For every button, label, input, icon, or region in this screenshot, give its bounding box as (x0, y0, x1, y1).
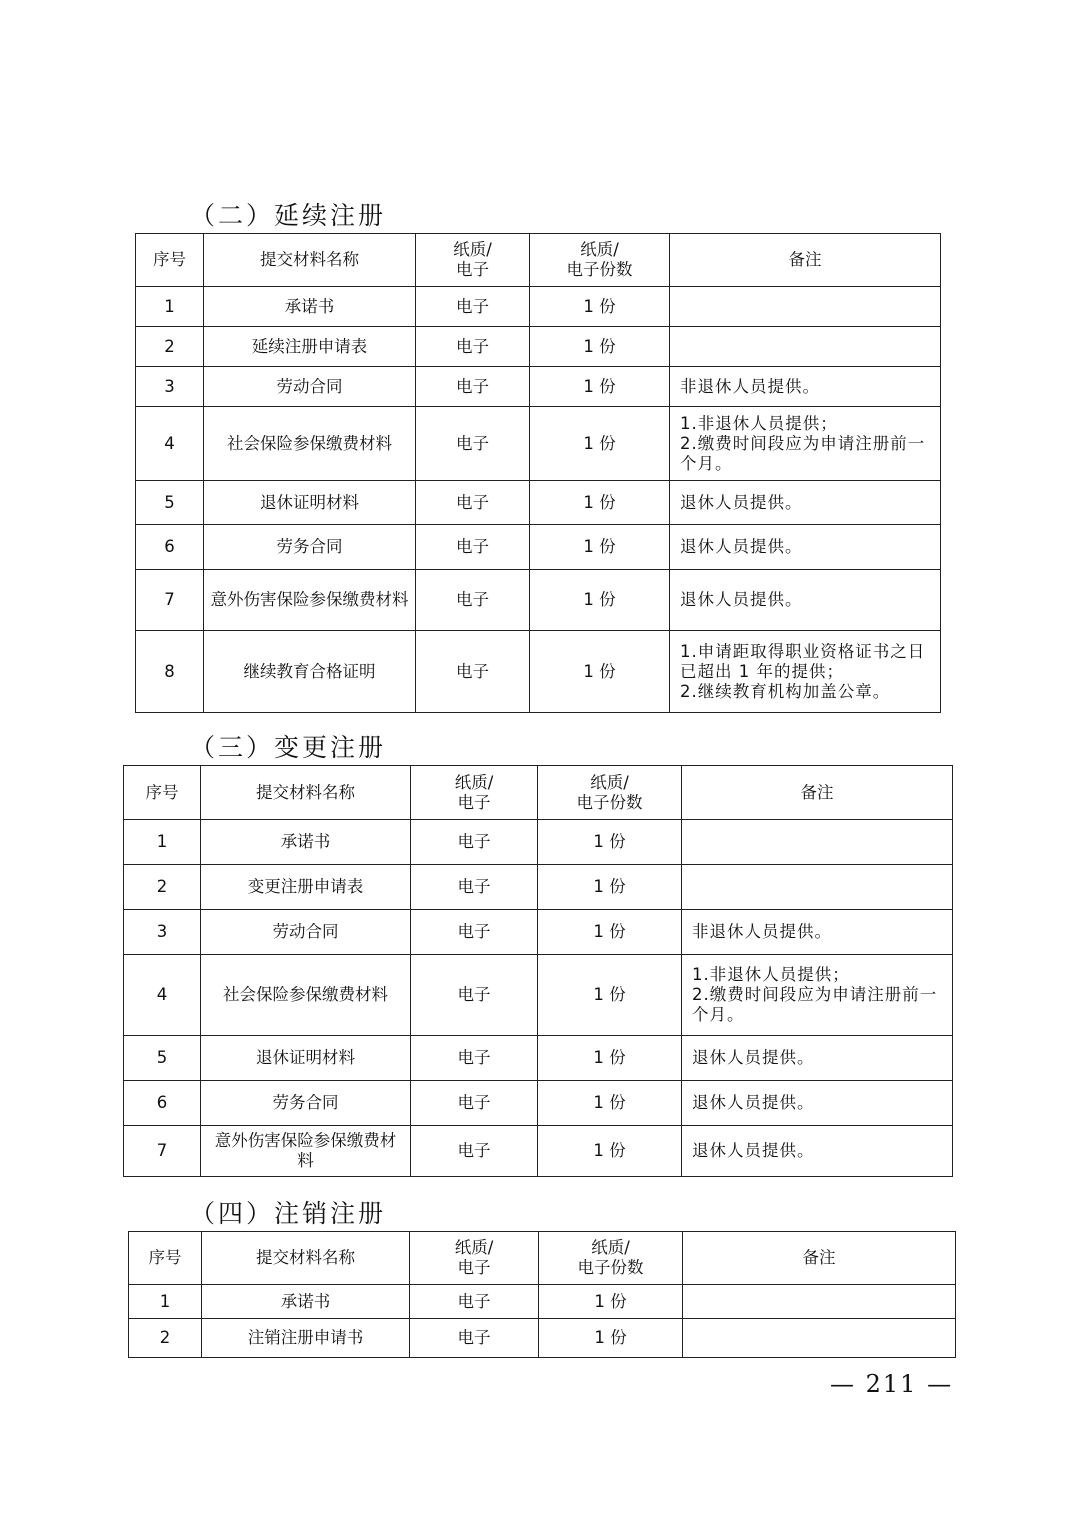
row-note (682, 865, 953, 910)
row-note: 1.非退休人员提供； 2.缴费时间段应为申请注册前一个月。 (682, 955, 953, 1036)
row-note: 非退休人员提供。 (682, 910, 953, 955)
row-count: 1 份 (530, 287, 670, 327)
section-title-change: （三）变更注册 (190, 728, 386, 764)
row-count: 1 份 (530, 327, 670, 367)
row-name: 社会保险参保缴费材料 (201, 955, 411, 1036)
row-type: 电子 (416, 287, 530, 327)
row-count: 1 份 (538, 1081, 682, 1126)
row-count: 1 份 (539, 1319, 683, 1358)
row-note: 退休人员提供。 (682, 1126, 953, 1177)
row-note: 1.非退休人员提供； 2.缴费时间段应为申请注册前一个月。 (670, 407, 941, 481)
header-no: 序号 (129, 1232, 202, 1285)
row-name: 承诺书 (202, 1285, 410, 1319)
section-title-renewal: （二）延续注册 (190, 196, 386, 232)
row-count: 1 份 (538, 955, 682, 1036)
row-name: 承诺书 (204, 287, 416, 327)
change-materials-table: 序号 提交材料名称 纸质/ 电子 纸质/ 电子份数 备注 1 承诺书 电子 1 … (123, 765, 953, 1177)
row-name: 退休证明材料 (204, 481, 416, 525)
row-note: 退休人员提供。 (670, 525, 941, 570)
row-note (682, 820, 953, 865)
header-type: 纸质/ 电子 (411, 766, 538, 820)
row-name: 劳务合同 (204, 525, 416, 570)
row-count: 1 份 (538, 1126, 682, 1177)
row-count: 1 份 (538, 910, 682, 955)
row-type: 电子 (411, 865, 538, 910)
row-no: 6 (124, 1081, 201, 1126)
row-no: 7 (136, 570, 204, 631)
header-name: 提交材料名称 (204, 234, 416, 287)
row-count: 1 份 (539, 1285, 683, 1319)
row-count: 1 份 (538, 1036, 682, 1081)
header-count: 纸质/ 电子份数 (530, 234, 670, 287)
row-no: 4 (136, 407, 204, 481)
row-no: 7 (124, 1126, 201, 1177)
row-note (670, 287, 941, 327)
row-type: 电子 (416, 481, 530, 525)
renewal-materials-table: 序号 提交材料名称 纸质/ 电子 纸质/ 电子份数 备注 1 承诺书 电子 1 … (135, 233, 941, 713)
row-type: 电子 (411, 1081, 538, 1126)
table-row: 1 承诺书 电子 1 份 (136, 287, 941, 327)
row-name: 劳务合同 (201, 1081, 411, 1126)
row-count: 1 份 (538, 865, 682, 910)
header-count: 纸质/ 电子份数 (538, 766, 682, 820)
row-name: 劳动合同 (204, 367, 416, 407)
row-count: 1 份 (530, 367, 670, 407)
row-count: 1 份 (530, 407, 670, 481)
table-row: 2 注销注册申请书 电子 1 份 (129, 1319, 956, 1358)
row-type: 电子 (416, 570, 530, 631)
header-count: 纸质/ 电子份数 (539, 1232, 683, 1285)
row-type: 电子 (411, 1036, 538, 1081)
row-no: 1 (136, 287, 204, 327)
table-header-row: 序号 提交材料名称 纸质/ 电子 纸质/ 电子份数 备注 (129, 1232, 956, 1285)
page-number: — 211 — (830, 1370, 953, 1398)
row-type: 电子 (411, 1126, 538, 1177)
table-row: 6 劳务合同 电子 1 份 退休人员提供。 (136, 525, 941, 570)
header-no: 序号 (124, 766, 201, 820)
table-row: 7 意外伤害保险参保缴费材料 电子 1 份 退休人员提供。 (124, 1126, 953, 1177)
row-type: 电子 (411, 820, 538, 865)
table-row: 7 意外伤害保险参保缴费材料 电子 1 份 退休人员提供。 (136, 570, 941, 631)
row-no: 8 (136, 631, 204, 713)
row-no: 1 (124, 820, 201, 865)
row-type: 电子 (416, 367, 530, 407)
header-note: 备注 (683, 1232, 956, 1285)
row-no: 6 (136, 525, 204, 570)
row-type: 电子 (410, 1285, 539, 1319)
row-no: 2 (129, 1319, 202, 1358)
table-row: 1 承诺书 电子 1 份 (129, 1285, 956, 1319)
row-note: 退休人员提供。 (670, 481, 941, 525)
row-note (670, 327, 941, 367)
table-row: 2 变更注册申请表 电子 1 份 (124, 865, 953, 910)
table-row: 4 社会保险参保缴费材料 电子 1 份 1.非退休人员提供； 2.缴费时间段应为… (124, 955, 953, 1036)
row-note: 1.申请距取得职业资格证书之日已超出 1 年的提供； 2.继续教育机构加盖公章。 (670, 631, 941, 713)
row-type: 电子 (416, 525, 530, 570)
header-note: 备注 (670, 234, 941, 287)
row-type: 电子 (416, 327, 530, 367)
header-note: 备注 (682, 766, 953, 820)
table-row: 1 承诺书 电子 1 份 (124, 820, 953, 865)
table-row: 5 退休证明材料 电子 1 份 退休人员提供。 (124, 1036, 953, 1081)
section-title-cancellation: （四）注销注册 (190, 1194, 386, 1230)
row-name: 延续注册申请表 (204, 327, 416, 367)
row-no: 2 (124, 865, 201, 910)
row-note: 非退休人员提供。 (670, 367, 941, 407)
table-row: 8 继续教育合格证明 电子 1 份 1.申请距取得职业资格证书之日已超出 1 年… (136, 631, 941, 713)
row-note (683, 1285, 956, 1319)
row-count: 1 份 (530, 631, 670, 713)
row-name: 变更注册申请表 (201, 865, 411, 910)
row-no: 3 (136, 367, 204, 407)
row-name: 劳动合同 (201, 910, 411, 955)
row-count: 1 份 (530, 570, 670, 631)
row-no: 5 (124, 1036, 201, 1081)
table-header-row: 序号 提交材料名称 纸质/ 电子 纸质/ 电子份数 备注 (124, 766, 953, 820)
row-note: 退休人员提供。 (670, 570, 941, 631)
row-type: 电子 (411, 955, 538, 1036)
row-no: 3 (124, 910, 201, 955)
row-no: 4 (124, 955, 201, 1036)
row-note (683, 1319, 956, 1358)
row-no: 1 (129, 1285, 202, 1319)
row-name: 意外伤害保险参保缴费材料 (201, 1126, 411, 1177)
header-no: 序号 (136, 234, 204, 287)
cancellation-materials-table: 序号 提交材料名称 纸质/ 电子 纸质/ 电子份数 备注 1 承诺书 电子 1 … (128, 1231, 956, 1358)
row-type: 电子 (416, 407, 530, 481)
row-count: 1 份 (538, 820, 682, 865)
table-row: 6 劳务合同 电子 1 份 退休人员提供。 (124, 1081, 953, 1126)
row-name: 社会保险参保缴费材料 (204, 407, 416, 481)
row-name: 继续教育合格证明 (204, 631, 416, 713)
row-no: 2 (136, 327, 204, 367)
row-name: 意外伤害保险参保缴费材料 (204, 570, 416, 631)
row-note: 退休人员提供。 (682, 1036, 953, 1081)
row-name: 退休证明材料 (201, 1036, 411, 1081)
row-count: 1 份 (530, 481, 670, 525)
table-row: 2 延续注册申请表 电子 1 份 (136, 327, 941, 367)
table-header-row: 序号 提交材料名称 纸质/ 电子 纸质/ 电子份数 备注 (136, 234, 941, 287)
table-row: 3 劳动合同 电子 1 份 非退休人员提供。 (136, 367, 941, 407)
header-type: 纸质/ 电子 (416, 234, 530, 287)
row-type: 电子 (410, 1319, 539, 1358)
row-note: 退休人员提供。 (682, 1081, 953, 1126)
header-name: 提交材料名称 (202, 1232, 410, 1285)
row-no: 5 (136, 481, 204, 525)
header-name: 提交材料名称 (201, 766, 411, 820)
row-type: 电子 (416, 631, 530, 713)
row-count: 1 份 (530, 525, 670, 570)
table-row: 4 社会保险参保缴费材料 电子 1 份 1.非退休人员提供； 2.缴费时间段应为… (136, 407, 941, 481)
row-type: 电子 (411, 910, 538, 955)
row-name: 承诺书 (201, 820, 411, 865)
table-row: 5 退休证明材料 电子 1 份 退休人员提供。 (136, 481, 941, 525)
row-name: 注销注册申请书 (202, 1319, 410, 1358)
table-row: 3 劳动合同 电子 1 份 非退休人员提供。 (124, 910, 953, 955)
header-type: 纸质/ 电子 (410, 1232, 539, 1285)
